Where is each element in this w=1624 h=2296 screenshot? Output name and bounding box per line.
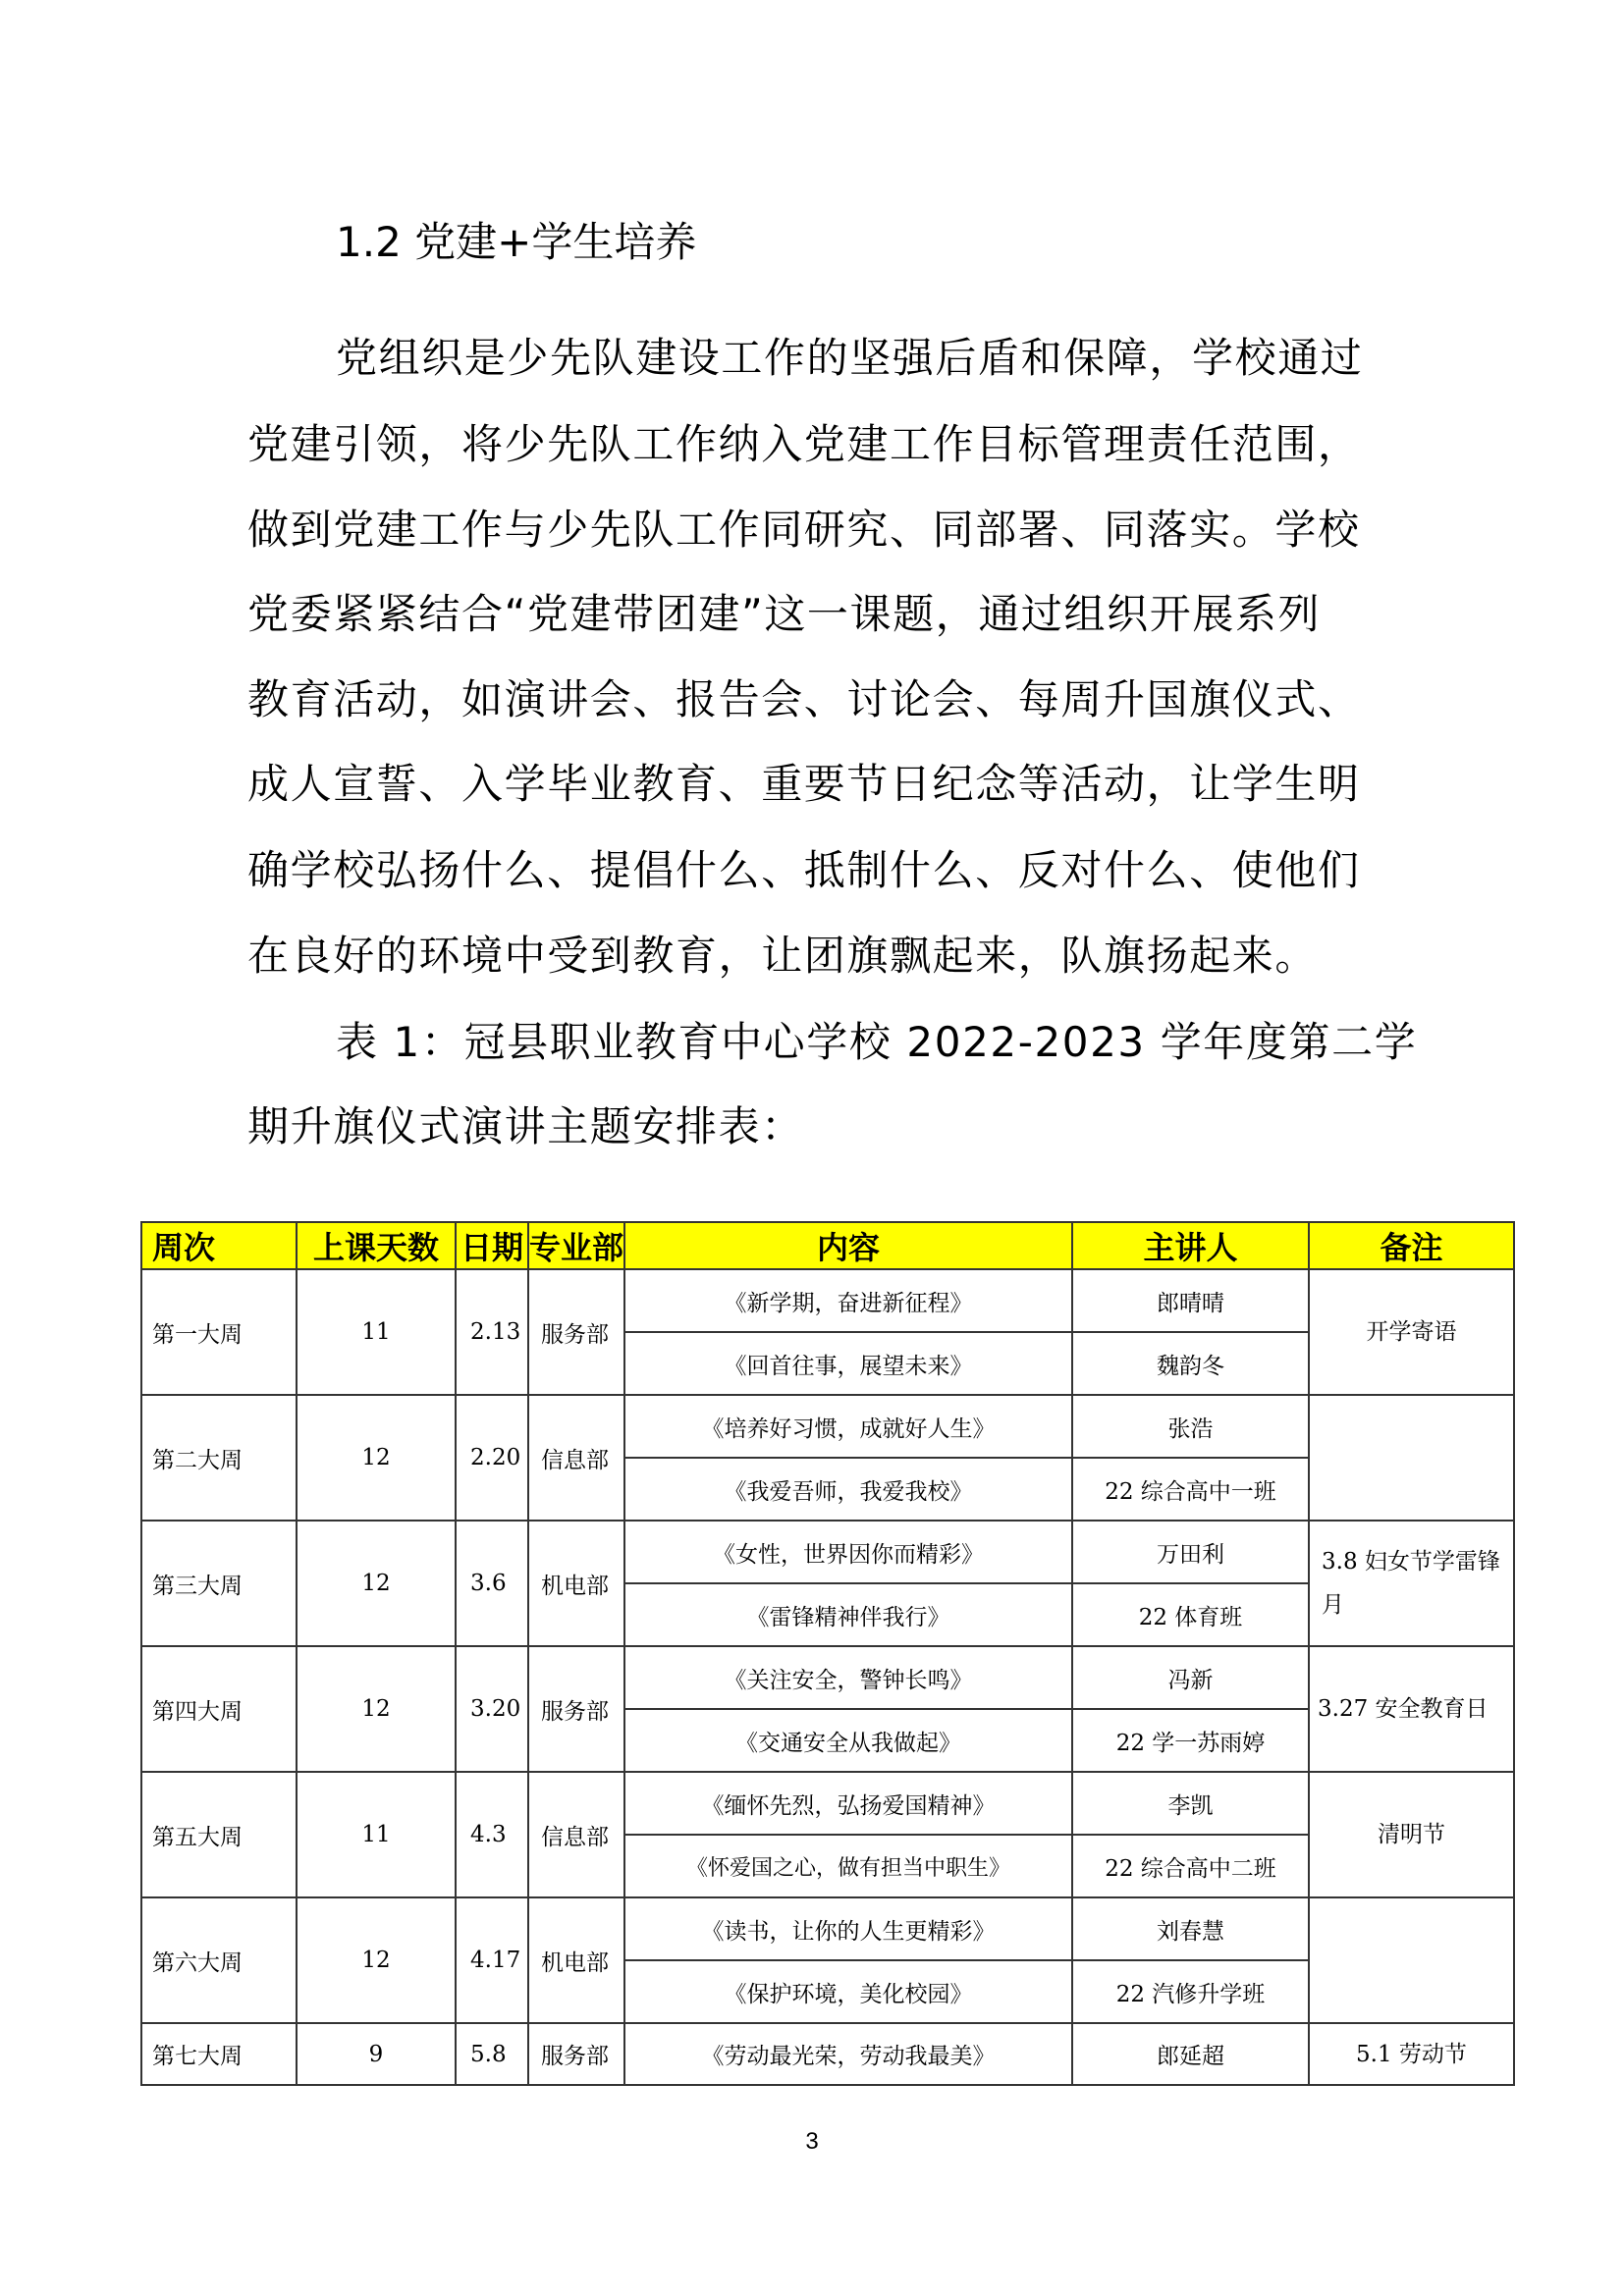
cell-speaker: 张浩 <box>1072 1395 1309 1458</box>
header-speaker: 主讲人 <box>1072 1222 1309 1269</box>
header-note: 备注 <box>1309 1222 1514 1269</box>
cell-topic: 《回首往事，展望未来》 <box>624 1332 1072 1395</box>
paragraph-line: 党组织是少先队建设工作的坚强后盾和保障，学校通过 <box>336 334 1363 383</box>
caption-line: 期升旗仪式演讲主题安排表： <box>247 1102 804 1151</box>
cell-note: 3.8 妇女节学雷锋月 <box>1309 1521 1514 1646</box>
cell-date: 3.20 <box>456 1646 528 1772</box>
cell-dept: 信息部 <box>528 1395 624 1521</box>
cell-days: 9 <box>297 2023 456 2085</box>
cell-date: 4.3 <box>456 1772 528 1897</box>
table-row: 第一大周 11 2.13 服务部 《新学期，奋进新征程》 郎晴晴 开学寄语 <box>141 1269 1514 1332</box>
cell-days: 12 <box>297 1521 456 1646</box>
cell-topic: 《怀爱国之心，做有担当中职生》 <box>624 1835 1072 1897</box>
cell-dept: 服务部 <box>528 2023 624 2085</box>
header-week: 周次 <box>141 1222 297 1269</box>
header-date: 日期 <box>456 1222 528 1269</box>
caption-line: 表 1：冠县职业教育中心学校 2022-2023 学年度第二学 <box>336 1018 1417 1067</box>
cell-speaker: 刘春慧 <box>1072 1897 1309 1960</box>
cell-topic: 《交通安全从我做起》 <box>624 1709 1072 1772</box>
cell-note: 开学寄语 <box>1309 1269 1514 1395</box>
cell-topic: 《劳动最光荣，劳动我最美》 <box>624 2023 1072 2085</box>
table-row: 第六大周 12 4.17 机电部 《读书，让你的人生更精彩》 刘春慧 <box>141 1897 1514 1960</box>
cell-speaker: 22 汽修升学班 <box>1072 1960 1309 2023</box>
cell-topic: 《女性，世界因你而精彩》 <box>624 1521 1072 1583</box>
paragraph-line: 党委紧紧结合“党建带团建”这一课题，通过组织开展系列 <box>247 590 1321 639</box>
cell-dept: 信息部 <box>528 1772 624 1897</box>
cell-days: 12 <box>297 1395 456 1521</box>
cell-topic: 《雷锋精神伴我行》 <box>624 1583 1072 1646</box>
cell-days: 12 <box>297 1646 456 1772</box>
cell-topic: 《缅怀先烈，弘扬爱国精神》 <box>624 1772 1072 1835</box>
cell-topic: 《读书，让你的人生更精彩》 <box>624 1897 1072 1960</box>
cell-note: 5.1 劳动节 <box>1309 2023 1514 2085</box>
table-row: 第二大周 12 2.20 信息部 《培养好习惯，成就好人生》 张浩 <box>141 1395 1514 1458</box>
header-dept: 专业部 <box>528 1222 624 1269</box>
table-row: 第五大周 11 4.3 信息部 《缅怀先烈，弘扬爱国精神》 李凯 清明节 <box>141 1772 1514 1835</box>
table-row: 第七大周 9 5.8 服务部 《劳动最光荣，劳动我最美》 郎延超 5.1 劳动节 <box>141 2023 1514 2085</box>
cell-topic: 《关注安全，警钟长鸣》 <box>624 1646 1072 1709</box>
cell-speaker: 22 体育班 <box>1072 1583 1309 1646</box>
cell-dept: 服务部 <box>528 1646 624 1772</box>
cell-dept: 服务部 <box>528 1269 624 1395</box>
cell-week: 第二大周 <box>141 1395 297 1521</box>
cell-speaker: 22 综合高中一班 <box>1072 1458 1309 1521</box>
cell-days: 11 <box>297 1269 456 1395</box>
cell-date: 4.17 <box>456 1897 528 2023</box>
paragraph-line: 党建引领，将少先队工作纳入党建工作目标管理责任范围， <box>247 420 1361 469</box>
cell-days: 12 <box>297 1897 456 2023</box>
table-row: 第四大周 12 3.20 服务部 《关注安全，警钟长鸣》 冯新 3.27 安全教… <box>141 1646 1514 1709</box>
paragraph-line: 成人宣誓、入学毕业教育、重要节日纪念等活动，让学生明 <box>247 760 1361 809</box>
cell-note <box>1309 1395 1514 1521</box>
cell-speaker: 冯新 <box>1072 1646 1309 1709</box>
cell-week: 第一大周 <box>141 1269 297 1395</box>
paragraph-line: 确学校弘扬什么、提倡什么、抵制什么、反对什么、使他们 <box>247 846 1361 895</box>
cell-week: 第七大周 <box>141 2023 297 2085</box>
cell-week: 第三大周 <box>141 1521 297 1646</box>
cell-speaker: 郎晴晴 <box>1072 1269 1309 1332</box>
cell-dept: 机电部 <box>528 1521 624 1646</box>
cell-note: 清明节 <box>1309 1772 1514 1897</box>
cell-date: 2.13 <box>456 1269 528 1395</box>
paragraph-line: 教育活动，如演讲会、报告会、讨论会、每周升国旗仪式、 <box>247 675 1361 724</box>
header-content: 内容 <box>624 1222 1072 1269</box>
cell-date: 5.8 <box>456 2023 528 2085</box>
paragraph-line: 在良好的环境中受到教育，让团旗飘起来，队旗扬起来。 <box>247 932 1318 981</box>
cell-dept: 机电部 <box>528 1897 624 2023</box>
section-heading: 1.2 党建+学生培养 <box>336 218 696 267</box>
cell-speaker: 郎延超 <box>1072 2023 1309 2085</box>
cell-note: 3.27 安全教育日 <box>1309 1646 1514 1772</box>
cell-topic: 《保护环境，美化校园》 <box>624 1960 1072 2023</box>
cell-week: 第五大周 <box>141 1772 297 1897</box>
table-row: 第三大周 12 3.6 机电部 《女性，世界因你而精彩》 万田利 3.8 妇女节… <box>141 1521 1514 1583</box>
cell-topic: 《我爱吾师，我爱我校》 <box>624 1458 1072 1521</box>
cell-speaker: 魏韵冬 <box>1072 1332 1309 1395</box>
paragraph-line: 做到党建工作与少先队工作同研究、同部署、同落实。学校 <box>247 506 1361 555</box>
cell-date: 3.6 <box>456 1521 528 1646</box>
cell-note <box>1309 1897 1514 2023</box>
cell-date: 2.20 <box>456 1395 528 1521</box>
flag-ceremony-schedule-table: 周次 上课天数 日期 专业部 内容 主讲人 备注 第一大周 11 2.13 服务… <box>140 1221 1515 2086</box>
cell-days: 11 <box>297 1772 456 1897</box>
cell-speaker: 万田利 <box>1072 1521 1309 1583</box>
cell-speaker: 李凯 <box>1072 1772 1309 1835</box>
cell-speaker: 22 学一苏雨婷 <box>1072 1709 1309 1772</box>
header-days: 上课天数 <box>297 1222 456 1269</box>
document-page: 1.2 党建+学生培养 党组织是少先队建设工作的坚强后盾和保障，学校通过 党建引… <box>0 0 1624 2296</box>
cell-week: 第四大周 <box>141 1646 297 1772</box>
cell-week: 第六大周 <box>141 1897 297 2023</box>
cell-speaker: 22 综合高中二班 <box>1072 1835 1309 1897</box>
cell-topic: 《培养好习惯，成就好人生》 <box>624 1395 1072 1458</box>
table-header-row: 周次 上课天数 日期 专业部 内容 主讲人 备注 <box>141 1222 1514 1269</box>
cell-topic: 《新学期，奋进新征程》 <box>624 1269 1072 1332</box>
page-number: 3 <box>0 2128 1624 2156</box>
